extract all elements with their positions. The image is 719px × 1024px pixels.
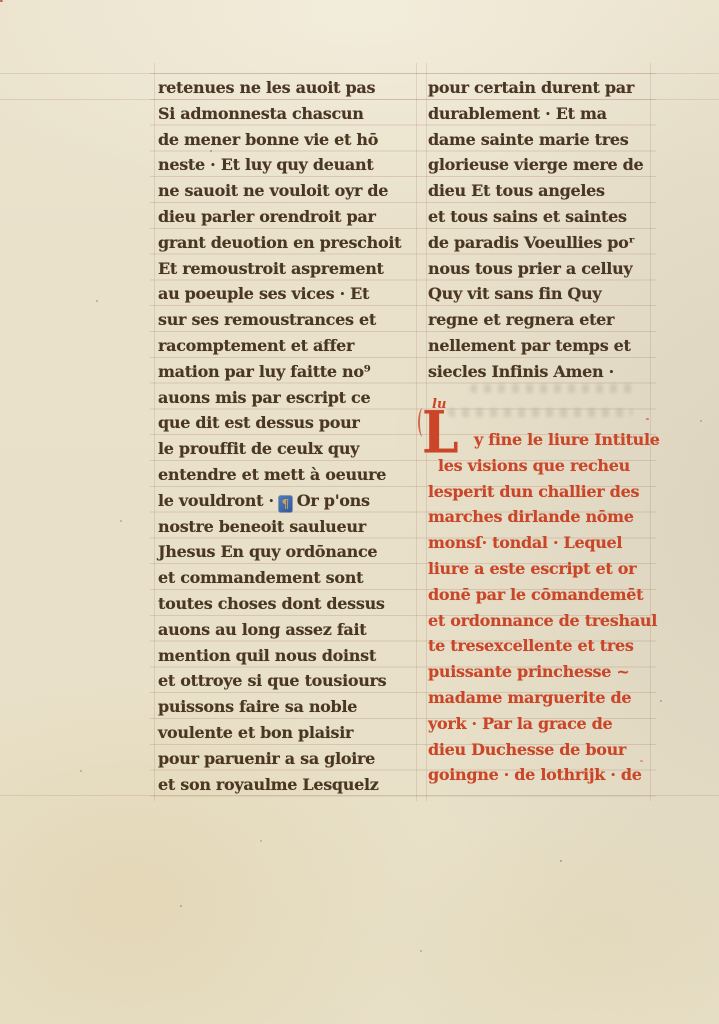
- text-line: Quy vit sans fin Quy: [428, 281, 654, 307]
- text-line: Et remoustroit asprement: [158, 256, 420, 282]
- text-line: puissons faire sa noble: [158, 694, 420, 720]
- show-through-text: [470, 384, 635, 393]
- text-line: donē par le cōmandemēt: [428, 582, 660, 608]
- text-line: dieu Et tous angeles: [428, 178, 654, 204]
- text-line: puissante princhesse ~: [428, 659, 660, 685]
- text-line: dieu parler orendroit par: [158, 204, 420, 230]
- text-line: le prouffit de ceulx quy: [158, 436, 420, 462]
- text-line: nellement par temps et: [428, 333, 654, 359]
- text-line: que dit est dessus pour: [158, 410, 420, 436]
- red-ink-specks: [0, 0, 3, 2]
- text-line: les visions que recheu: [428, 453, 660, 479]
- text-line: durablement · Et ma: [428, 101, 654, 127]
- text-line: auons mis par escript ce: [158, 385, 420, 411]
- right-text-column: pour certain durent pardurablement · Et …: [428, 75, 654, 385]
- text-line: lesperit dun challier des: [428, 479, 660, 505]
- text-line: regne et regnera eter: [428, 307, 654, 333]
- text-line: de mener bonne vie et hō: [158, 127, 420, 153]
- text-line: mation par luy faitte no⁹: [158, 359, 420, 385]
- text-line: entendre et mett à oeuure: [158, 462, 420, 488]
- text-line: liure a este escript et or: [428, 556, 660, 582]
- text-line: racomptement et affer: [158, 333, 420, 359]
- text-line: sur ses remoustrances et: [158, 307, 420, 333]
- colophon-red-text: y fine le liure Intituleles visions que …: [428, 427, 660, 788]
- text-line: dame sainte marie tres: [428, 127, 654, 153]
- text-line: y fine le liure Intitule: [428, 427, 660, 453]
- text-line: de paradis Voeullies poʳ: [428, 230, 654, 256]
- text-line: voulente et bon plaisir: [158, 720, 420, 746]
- text-line: et son royaulme Lesquelz: [158, 772, 420, 798]
- text-line: marches dirlande nōme: [428, 504, 660, 530]
- text-line: ne sauoit ne vouloit oyr de: [158, 178, 420, 204]
- ruling-line-left-column-left: [154, 63, 155, 801]
- manuscript-page: retenues ne les auoit pasSi admonnesta c…: [0, 0, 719, 1024]
- text-line: york · Par la grace de: [428, 711, 660, 737]
- text-line: retenues ne les auoit pas: [158, 75, 420, 101]
- text-line: nostre beneoit saulueur: [158, 514, 420, 540]
- pilcrow-icon: ¶: [279, 496, 292, 512]
- text-line: glorieuse vierge mere de: [428, 152, 654, 178]
- text-line: au poeuple ses vices · Et: [158, 281, 420, 307]
- text-line: neste · Et luy quy deuant: [158, 152, 420, 178]
- text-line: pour paruenir a sa gloire: [158, 746, 420, 772]
- text-line: toutes choses dont dessus: [158, 591, 420, 617]
- text-line: nous tous prier a celluy: [428, 256, 654, 282]
- ruling-line-top: [0, 73, 719, 74]
- text-line: et ottroye si que tousiours: [158, 668, 420, 694]
- text-line: le vouldront ·¶Or p'ons: [158, 488, 420, 514]
- text-line: grant deuotion en preschoit: [158, 230, 420, 256]
- text-line: monsſ· tondal · Lequel: [428, 530, 660, 556]
- text-line: goingne · de lothrijk · de: [428, 762, 660, 788]
- text-line: et ordonnance de treshaul: [428, 608, 660, 634]
- text-line: dieu Duchesse de bour: [428, 737, 660, 763]
- text-line: mention quil nous doinst: [158, 643, 420, 669]
- text-line: siecles Infinis Amen ·: [428, 359, 654, 385]
- text-line: et tous sains et saintes: [428, 204, 654, 230]
- text-line: Jhesus En quy ordōnance: [158, 539, 420, 565]
- text-line: madame marguerite de: [428, 685, 660, 711]
- text-line: Si admonnesta chascun: [158, 101, 420, 127]
- show-through-text: [448, 408, 633, 417]
- text-line: et commandement sont: [158, 565, 420, 591]
- text-segment: le vouldront ·: [158, 491, 274, 510]
- text-line: auons au long assez fait: [158, 617, 420, 643]
- text-line: te tresexcellente et tres: [428, 633, 660, 659]
- text-segment: Or p'ons: [297, 491, 370, 510]
- left-text-column: retenues ne les auoit pasSi admonnesta c…: [158, 75, 420, 797]
- text-line: pour certain durent par: [428, 75, 654, 101]
